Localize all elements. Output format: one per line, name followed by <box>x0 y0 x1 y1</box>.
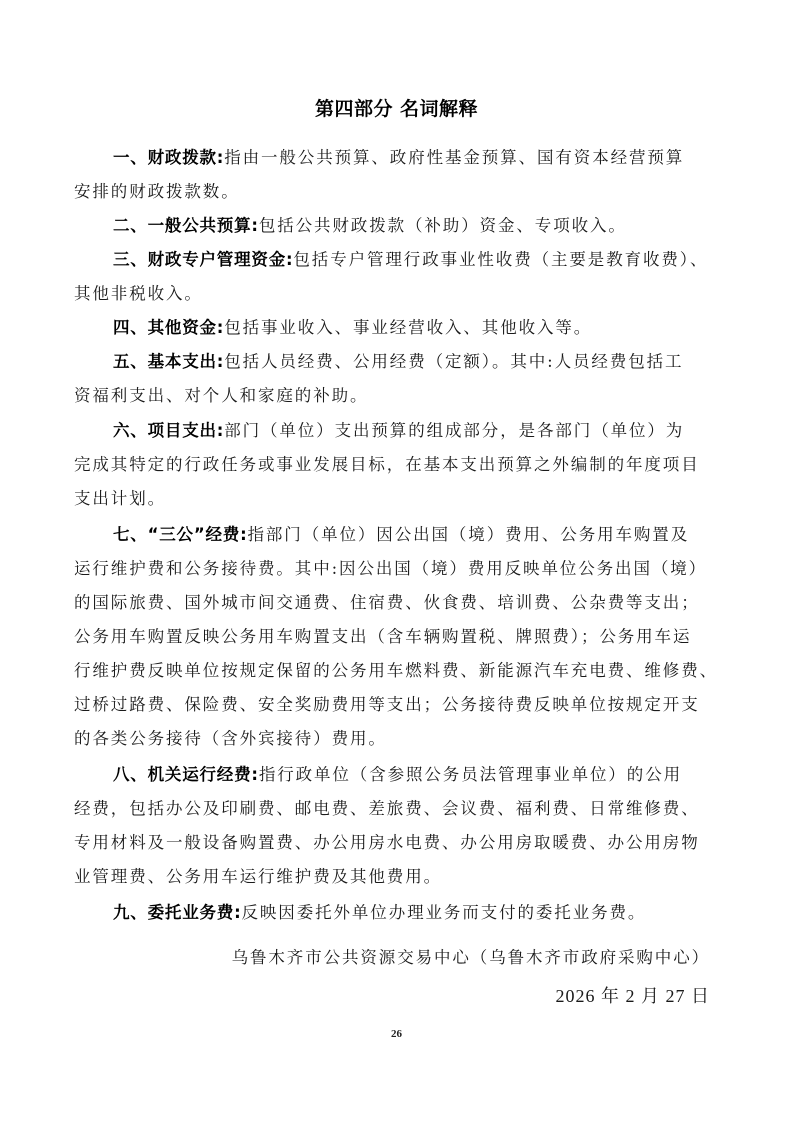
definition-project-expenditure: 六、项目支出:部门（单位）支出预算的组成部分，是各部门（单位）为 <box>113 421 684 441</box>
definition-agency-operating-expenses: 八、机关运行经费:指行政单位（含参照公务员法管理事业单位）的公用 <box>113 765 682 785</box>
definition-text-continued: 安排的财政拨款数。 <box>74 182 240 202</box>
definition-text-continued: 行维护费反映单位按规定保留的公务用车燃料费、新能源汽车充电费、维修费、 <box>74 661 718 681</box>
definition-basic-expenditure: 五、基本支出:包括人员经费、公用经费（定额）。其中:人员经费包括工 <box>113 352 683 372</box>
definition-text: 指由一般公共预算、政府性基金预算、国有资本经营预算 <box>224 148 684 167</box>
term-label: 三、财政专户管理资金: <box>113 250 293 269</box>
definition-text: 包括人员经费、公用经费（定额）。其中:人员经费包括工 <box>224 352 683 371</box>
definition-text-continued: 的国际旅费、国外城市间交通费、住宿费、伙食费、培训费、公杂费等支出； <box>74 593 700 613</box>
page-title: 第四部分 名词解释 <box>0 94 793 121</box>
definition-text-continued: 的各类公务接待（含外宾接待）费用。 <box>74 729 387 749</box>
issuing-organization: 乌鲁木齐市公共资源交易中心（乌鲁木齐市政府采购中心） <box>232 944 710 968</box>
definition-text-continued: 专用材料及一般设备购置费、办公用房水电费、办公用房取暖费、办公用房物 <box>74 833 700 853</box>
term-label: 七、“三公”经费: <box>113 525 248 544</box>
definition-text-continued: 过桥过路费、保险费、安全奖励费用等支出；公务接待费反映单位按规定开支 <box>74 695 700 715</box>
term-label: 八、机关运行经费: <box>113 765 259 784</box>
definition-text: 指部门（单位）因公出国（境）费用、公务用车购置及 <box>248 525 690 544</box>
definition-financial-appropriation: 一、财政拨款:指由一般公共预算、政府性基金预算、国有资本经营预算 <box>113 148 684 168</box>
definition-text: 包括专户管理行政事业性收费（主要是教育收费）、 <box>293 250 708 269</box>
term-label: 五、基本支出: <box>113 352 224 371</box>
definition-text: 包括公共财政拨款（补助）资金、专项收入。 <box>259 216 627 235</box>
definition-text-continued: 资福利支出、对个人和家庭的补助。 <box>74 386 368 406</box>
definition-entrusted-business-fees: 九、委托业务费:反映因委托外单位办理业务而支付的委托业务费。 <box>113 903 646 923</box>
definition-text-continued: 业管理费、公务用车运行维护费及其他费用。 <box>74 867 442 887</box>
definition-text: 包括事业收入、事业经营收入、其他收入等。 <box>224 318 592 337</box>
definition-three-public-expenses: 七、“三公”经费:指部门（单位）因公出国（境）费用、公务用车购置及 <box>113 525 689 545</box>
issue-date: 2026 年 2 月 27 日 <box>556 982 711 1008</box>
definition-text-continued: 其他非税收入。 <box>74 284 203 304</box>
page-number: 26 <box>0 1028 793 1040</box>
document-page: 第四部分 名词解释 一、财政拨款:指由一般公共预算、政府性基金预算、国有资本经营… <box>0 0 793 1122</box>
term-label: 二、一般公共预算: <box>113 216 259 235</box>
term-label: 四、其他资金: <box>113 318 224 337</box>
definition-text-continued: 完成其特定的行政任务或事业发展目标，在基本支出预算之外编制的年度项目 <box>74 455 700 475</box>
definition-text: 指行政单位（含参照公务员法管理事业单位）的公用 <box>259 765 682 784</box>
definition-special-account-funds: 三、财政专户管理资金:包括专户管理行政事业性收费（主要是教育收费）、 <box>113 250 708 270</box>
definition-text-continued: 支出计划。 <box>74 489 166 509</box>
definition-text-continued: 公务用车购置反映公务用车购置支出（含车辆购置税、牌照费）；公务用车运 <box>74 627 691 647</box>
definition-text-continued: 经费，包括办公及印刷费、邮电费、差旅费、会议费、福利费、日常维修费、 <box>74 799 700 819</box>
term-label: 九、委托业务费: <box>113 903 242 922</box>
term-label: 六、项目支出: <box>113 421 224 440</box>
term-label: 一、财政拨款: <box>113 148 224 167</box>
definition-text: 部门（单位）支出预算的组成部分，是各部门（单位）为 <box>224 421 684 440</box>
definition-general-public-budget: 二、一般公共预算:包括公共财政拨款（补助）资金、专项收入。 <box>113 216 627 236</box>
definition-text: 反映因委托外单位办理业务而支付的委托业务费。 <box>242 903 647 922</box>
definition-other-funds: 四、其他资金:包括事业收入、事业经营收入、其他收入等。 <box>113 318 592 338</box>
definition-text-continued: 运行维护费和公务接待费。其中:因公出国（境）费用反映单位公务出国（境） <box>74 559 707 579</box>
